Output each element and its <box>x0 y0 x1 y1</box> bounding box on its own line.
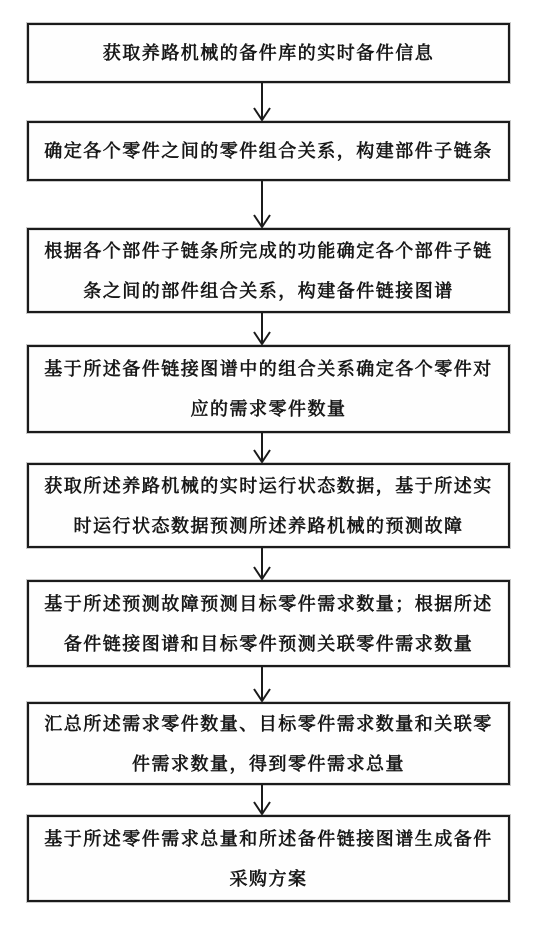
flow-step-1: 获取养路机械的备件库的实时备件信息 <box>27 23 510 83</box>
flow-step-7: 汇总所述需求零件数量、目标零件需求数量和关联零件需求数量，得到零件需求总量 <box>27 702 510 785</box>
arrow-down-icon <box>250 548 274 580</box>
arrow-down-icon <box>250 667 274 702</box>
flow-step-8-label: 基于所述零件需求总量和所述备件链接图谱生成备件采购方案 <box>41 819 496 899</box>
flow-connector-2 <box>240 181 284 228</box>
flow-step-3-label: 根据各个部件子链条所完成的功能确定各个部件子链条之间的部件组合关系，构建备件链接… <box>41 231 496 311</box>
flow-step-6: 基于所述预测故障预测目标零件需求数量；根据所述备件链接图谱和目标零件预测关联零件… <box>27 580 510 667</box>
flow-step-2-label: 确定各个零件之间的零件组合关系，构建部件子链条 <box>44 131 493 171</box>
arrow-down-icon <box>250 83 274 121</box>
flow-step-6-label: 基于所述预测故障预测目标零件需求数量；根据所述备件链接图谱和目标零件预测关联零件… <box>41 584 496 664</box>
flow-connector-4 <box>240 433 284 463</box>
flow-connector-1 <box>240 83 284 121</box>
arrow-down-icon <box>250 313 274 345</box>
flowchart-figure: 获取养路机械的备件库的实时备件信息 确定各个零件之间的零件组合关系，构建部件子链… <box>0 0 534 931</box>
flow-step-1-label: 获取养路机械的备件库的实时备件信息 <box>103 33 435 73</box>
arrow-down-icon <box>250 433 274 463</box>
flow-step-8: 基于所述零件需求总量和所述备件链接图谱生成备件采购方案 <box>27 815 510 902</box>
flow-step-3: 根据各个部件子链条所完成的功能确定各个部件子链条之间的部件组合关系，构建备件链接… <box>27 228 510 313</box>
flow-step-4-label: 基于所述备件链接图谱中的组合关系确定各个零件对应的需求零件数量 <box>41 349 496 429</box>
flow-connector-3 <box>240 313 284 345</box>
flow-connector-7 <box>240 785 284 815</box>
flow-step-7-label: 汇总所述需求零件数量、目标零件需求数量和关联零件需求数量，得到零件需求总量 <box>41 704 496 784</box>
flow-step-5: 获取所述养路机械的实时运行状态数据，基于所述实时运行状态数据预测所述养路机械的预… <box>27 463 510 548</box>
arrow-down-icon <box>250 181 274 228</box>
flow-connector-6 <box>240 667 284 702</box>
flow-step-5-label: 获取所述养路机械的实时运行状态数据，基于所述实时运行状态数据预测所述养路机械的预… <box>41 466 496 546</box>
flow-step-2: 确定各个零件之间的零件组合关系，构建部件子链条 <box>27 121 510 181</box>
flow-connector-5 <box>240 548 284 580</box>
flow-step-4: 基于所述备件链接图谱中的组合关系确定各个零件对应的需求零件数量 <box>27 345 510 433</box>
arrow-down-icon <box>250 785 274 815</box>
